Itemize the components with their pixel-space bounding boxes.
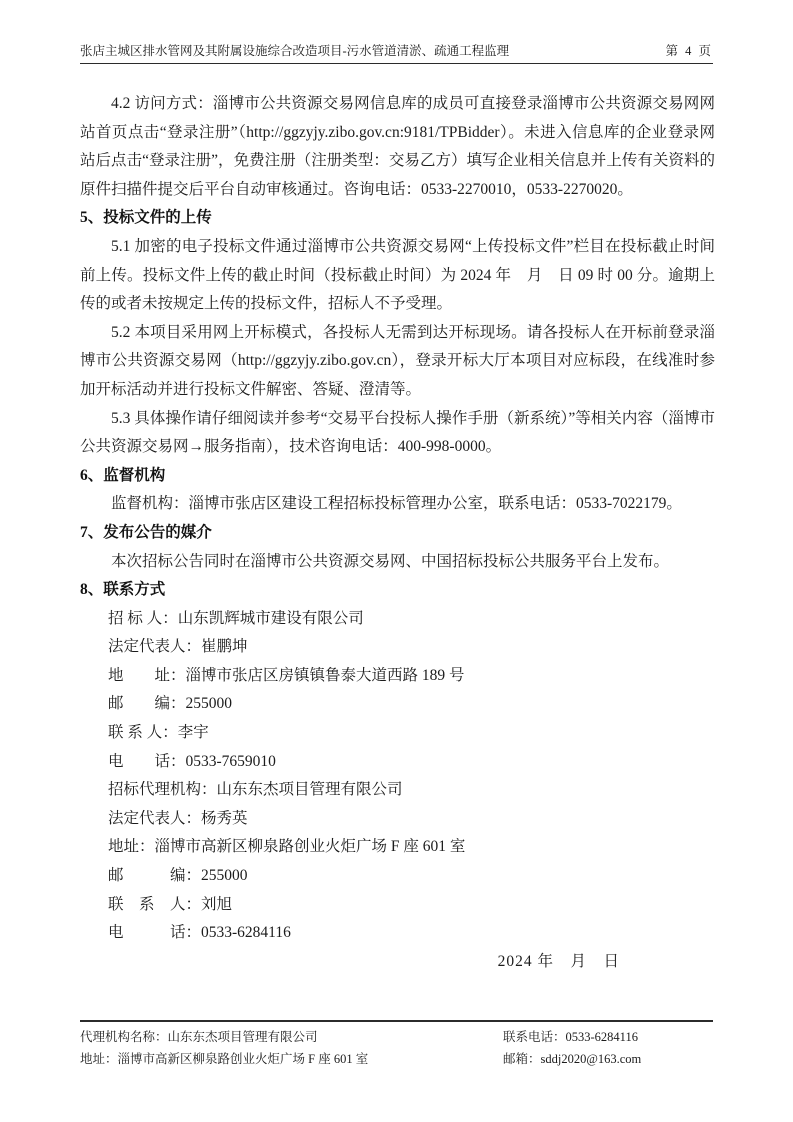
page-header: 张店主城区排水管网及其附属设施综合改造项目-污水管道清淤、疏通工程监理 第 4 … (80, 42, 713, 64)
contact-line-agency-legal-rep: 法定代表人：杨秀英 (80, 805, 715, 834)
footer-address: 地址：淄博市高新区柳泉路创业火炬广场 F 座 601 室 (80, 1048, 503, 1070)
contact-line-postcode: 邮 编：255000 (80, 690, 715, 719)
header-title: 张店主城区排水管网及其附属设施综合改造项目-污水管道清淤、疏通工程监理 (80, 42, 509, 60)
document-body: 4.2 访问方式：淄博市公共资源交易网信息库的成员可直接登录淄博市公共资源交易网… (80, 90, 715, 976)
paragraph-5-3: 5.3 具体操作请仔细阅读并参考“交易平台投标人操作手册（新系统）”等相关内容（… (80, 405, 715, 462)
contact-line-tenderer: 招 标 人：山东凯辉城市建设有限公司 (80, 605, 715, 634)
footer-email: 邮箱：sddj2020@163.com (503, 1048, 713, 1070)
contact-line-agency-phone: 电 话：0533-6284116 (80, 919, 715, 948)
footer-phone: 联系电话：0533-6284116 (503, 1026, 713, 1048)
page-footer: 代理机构名称：山东东杰项目管理有限公司 联系电话：0533-6284116 地址… (80, 1020, 713, 1070)
paragraph-7-1: 本次招标公告同时在淄博市公共资源交易网、中国招标投标公共服务平台上发布。 (80, 548, 715, 577)
contact-line-agency-address: 地址：淄博市高新区柳泉路创业火炬广场 F 座 601 室 (80, 833, 715, 862)
paragraph-5-2: 5.2 本项目采用网上开标模式，各投标人无需到达开标现场。请各投标人在开标前登录… (80, 319, 715, 405)
paragraph-5-1: 5.1 加密的电子投标文件通过淄博市公共资源交易网“上传投标文件”栏目在投标截止… (80, 233, 715, 319)
section-8-heading: 8、联系方式 (80, 576, 715, 605)
paragraph-6-1: 监督机构：淄博市张店区建设工程招标投标管理办公室，联系电话：0533-70221… (80, 490, 715, 519)
paragraph-4-2: 4.2 访问方式：淄博市公共资源交易网信息库的成员可直接登录淄博市公共资源交易网… (80, 90, 715, 204)
page-number: 第 4 页 (645, 42, 713, 60)
footer-row-1: 代理机构名称：山东东杰项目管理有限公司 联系电话：0533-6284116 (80, 1026, 713, 1048)
contact-line-legal-rep: 法定代表人：崔鹏坤 (80, 633, 715, 662)
contact-line-phone: 电 话：0533-7659010 (80, 748, 715, 777)
section-6-heading: 6、监督机构 (80, 462, 715, 491)
footer-row-2: 地址：淄博市高新区柳泉路创业火炬广场 F 座 601 室 邮箱：sddj2020… (80, 1048, 713, 1070)
contact-line-agency-contact-person: 联 系 人：刘旭 (80, 891, 715, 920)
date-line: 2024 年 月 日 (80, 948, 715, 977)
contact-line-agency-postcode: 邮 编：255000 (80, 862, 715, 891)
section-5-heading: 5、投标文件的上传 (80, 204, 715, 233)
document-page: 张店主城区排水管网及其附属设施综合改造项目-污水管道清淤、疏通工程监理 第 4 … (0, 0, 793, 1122)
contact-line-address: 地 址：淄博市张店区房镇镇鲁泰大道西路 189 号 (80, 662, 715, 691)
contact-line-agency: 招标代理机构：山东东杰项目管理有限公司 (80, 776, 715, 805)
footer-agency-name: 代理机构名称：山东东杰项目管理有限公司 (80, 1026, 503, 1048)
contact-line-contact-person: 联 系 人：李宇 (80, 719, 715, 748)
section-7-heading: 7、发布公告的媒介 (80, 519, 715, 548)
